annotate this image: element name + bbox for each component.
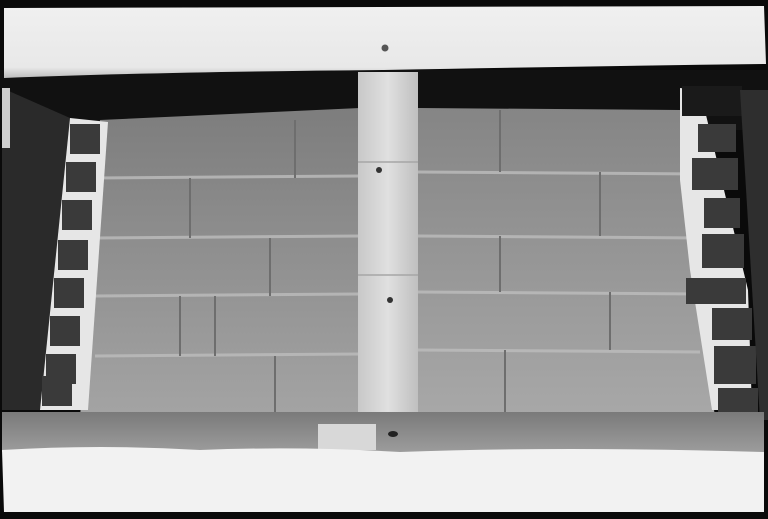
brick-wall-photo <box>0 0 768 519</box>
left-fired-brick <box>50 316 80 346</box>
mortar-line <box>418 236 700 238</box>
nail-hole <box>382 45 389 52</box>
left-fired-brick <box>42 376 72 406</box>
timber-highlight <box>2 88 10 148</box>
right-fired-brick <box>718 388 758 412</box>
patch <box>318 424 376 450</box>
right-fired-brick <box>686 278 746 304</box>
right-fired-brick <box>682 86 742 116</box>
nail-hole <box>388 431 398 437</box>
mortar-line <box>418 172 700 174</box>
bottom-sill <box>2 447 764 512</box>
nail-hole <box>376 167 382 173</box>
right-fired-brick <box>714 346 756 384</box>
right-fired-brick <box>698 124 736 152</box>
right-fired-brick <box>712 308 752 340</box>
mortar-line <box>418 350 700 352</box>
right-fired-brick <box>704 198 740 228</box>
adobe-wall-right <box>418 108 715 418</box>
left-fired-brick <box>66 162 96 192</box>
right-fired-brick <box>692 158 738 190</box>
mortar-line <box>418 292 700 294</box>
mortar-line <box>95 176 360 178</box>
left-fired-brick <box>58 240 88 270</box>
mortar-line <box>95 236 360 238</box>
center-post <box>358 72 418 417</box>
lower-rail <box>2 412 764 452</box>
mortar-line <box>95 354 360 356</box>
mortar-line <box>95 294 360 296</box>
right-fired-brick <box>702 234 744 268</box>
left-fired-brick <box>70 124 100 154</box>
photograph <box>0 0 768 519</box>
left-fired-brick <box>62 200 92 230</box>
nail-hole <box>387 297 393 303</box>
left-fired-brick <box>54 278 84 308</box>
adobe-wall-left <box>80 108 360 418</box>
